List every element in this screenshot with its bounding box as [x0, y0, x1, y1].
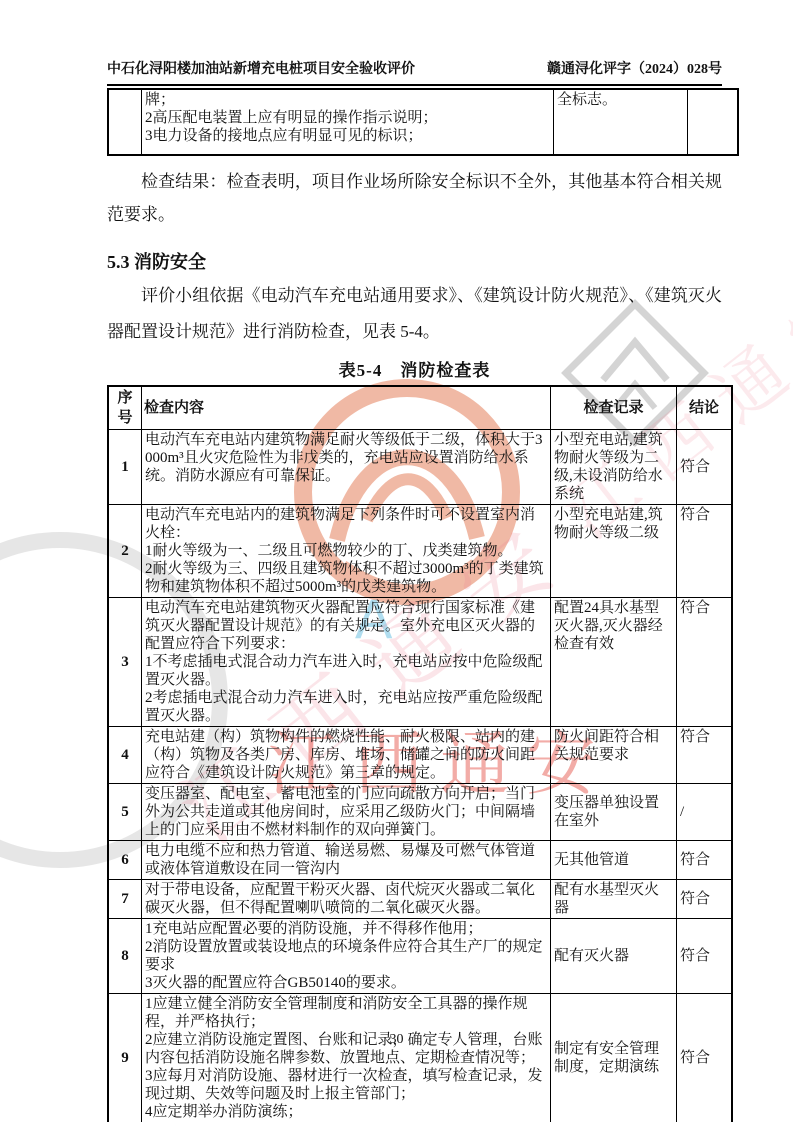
section-intro-paragraph: 评价小组依据《电动汽车充电站通用要求》、《建筑设计防火规范》、《建筑灭火器配置设…: [107, 278, 722, 350]
cell-record: 配有灭火器: [551, 919, 677, 994]
content-line: 1不考虑插电式混合动力汽车进入时，充电站应按中危险级配置灭火器。: [145, 653, 547, 689]
content-line: 2耐火等级为三、四级且建筑物体积不超过3000m³的丁类建筑物和建筑物体积不超过…: [145, 560, 547, 596]
cell-content: 电动汽车充电站内建筑物满足耐火等级低于二级，体积大于3000m³且火灾危险性为非…: [142, 430, 551, 505]
cell-conclusion: /: [677, 784, 733, 841]
table-row: 2 电动汽车充电站内的建筑物满足下列条件时可不设置室内消火栓：1耐火等级为一、二…: [108, 505, 732, 598]
content-line: 对于带电设备，应配置干粉灭火器、卤代烷灭火器或二氧化碳灭火器，但不得配置喇叭喷筒…: [145, 881, 547, 917]
cell-conclusion: 符合: [677, 727, 733, 784]
fire-check-table: 序号 检查内容 检查记录 结论 1 电动汽车充电站内建筑物满足耐火等级低于二级，…: [107, 385, 733, 1122]
carryover-table: 牌； 2高压配电装置上应有明显的操作指示说明； 3电力设备的接地点应有明显可见的…: [107, 88, 739, 156]
cell-record: 小型充电站建,筑物耐火等级二级: [551, 505, 677, 598]
cell-conclusion: 符合: [677, 880, 733, 919]
cell-content: 电动汽车充电站建筑物灭火器配置应符合现行国家标准《建筑灭火器配置设计规范》的有关…: [142, 598, 551, 727]
content-line: 牌；: [145, 91, 550, 109]
carryover-table-body: 牌； 2高压配电装置上应有明显的操作指示说明； 3电力设备的接地点应有明显可见的…: [108, 89, 738, 155]
cell-content: 牌； 2高压配电装置上应有明显的操作指示说明； 3电力设备的接地点应有明显可见的…: [142, 89, 554, 155]
table-header-row: 序号 检查内容 检查记录 结论: [108, 386, 732, 430]
cell-conclusion: 符合: [677, 994, 733, 1122]
cell-record: 防火间距符合相关规范要求: [551, 727, 677, 784]
cell-conclusion: 符合: [677, 919, 733, 994]
cell-conclusion: 符合: [677, 598, 733, 727]
column-header-record: 检查记录: [551, 386, 677, 430]
cell-conclusion: 符合: [677, 841, 733, 880]
content-line: 1耐火等级为一、二级且可燃物较少的丁、戊类建筑物。: [145, 542, 547, 560]
cell-record: 配有水基型灭火器: [551, 880, 677, 919]
cell-seq: 8: [108, 919, 142, 994]
content-line: 变压器室、配电室、蓄电池室的门应向疏散方向开启；当门外为公共走道或其他房间时，应…: [145, 785, 547, 839]
cell-record: 全标志。: [554, 89, 688, 155]
cell-record: 无其他管道: [551, 841, 677, 880]
cell-record: 配置24具水基型灭火器,灭火器经检查有效: [551, 598, 677, 727]
inspection-result-paragraph: 检查结果：检查表明，项目作业场所除安全标识不全外，其他基本符合相关规范要求。: [107, 165, 722, 231]
content-line: 4应定期举办消防演练；: [145, 1103, 547, 1121]
header-report-title: 中石化浔阳楼加油站新增充电桩项目安全验收评价: [107, 58, 415, 78]
section-heading: 5.3 消防安全: [107, 248, 722, 274]
content-line: 3灭火器的配置应符合GB50140的要求。: [145, 974, 547, 992]
cell-conclusion: 符合: [677, 505, 733, 598]
content-line: 1充电站应配置必要的消防设施，并不得移作他用；: [145, 920, 547, 938]
cell-seq: 4: [108, 727, 142, 784]
cell-content: 电力电缆不应和热力管道、输送易燃、易爆及可燃气体管道或液体管道敷设在同一管沟内: [142, 841, 551, 880]
table-row: 5 变压器室、配电室、蓄电池室的门应向疏散方向开启；当门外为公共走道或其他房间时…: [108, 784, 732, 841]
fire-check-table-head: 序号 检查内容 检查记录 结论: [108, 386, 732, 430]
content-line: 3电力设备的接地点应有明显可见的标识；: [145, 127, 550, 145]
table-row: 牌； 2高压配电装置上应有明显的操作指示说明； 3电力设备的接地点应有明显可见的…: [108, 89, 738, 155]
column-header-seq: 序号: [108, 386, 142, 430]
content-line: 2高压配电装置上应有明显的操作指示说明；: [145, 109, 550, 127]
column-header-content: 检查内容: [142, 386, 551, 430]
fire-check-table-body: 1 电动汽车充电站内建筑物满足耐火等级低于二级，体积大于3000m³且火灾危险性…: [108, 430, 732, 1122]
header-doc-number: 赣通浔化评字（2024）028号: [547, 58, 722, 78]
content-line: 1应建立健全消防安全管理制度和消防安全工具器的操作规程，并严格执行；: [145, 995, 547, 1031]
cell-content: 1应建立健全消防安全管理制度和消防安全工具器的操作规程，并严格执行；2应建立消防…: [142, 994, 551, 1122]
cell-record: 变压器单独设置在室外: [551, 784, 677, 841]
content-line: 电动汽车充电站内的建筑物满足下列条件时可不设置室内消火栓：: [145, 506, 547, 542]
cell-content: 1充电站应配置必要的消防设施，并不得移作他用；2消防设置放置或装设地点的环境条件…: [142, 919, 551, 994]
cell-conclusion: [688, 89, 739, 155]
cell-seq: 9: [108, 994, 142, 1122]
cell-seq: 7: [108, 880, 142, 919]
cell-seq: 5: [108, 784, 142, 841]
table-title: 表5-4 消防检查表: [107, 356, 722, 381]
cell-content: 电动汽车充电站内的建筑物满足下列条件时可不设置室内消火栓：1耐火等级为一、二级且…: [142, 505, 551, 598]
content-line: 电动汽车充电站建筑物灭火器配置应符合现行国家标准《建筑灭火器配置设计规范》的有关…: [145, 599, 547, 653]
content-line: 电力电缆不应和热力管道、输送易燃、易爆及可燃气体管道或液体管道敷设在同一管沟内: [145, 842, 547, 878]
content-line: 2消防设置放置或装设地点的环境条件应符合其生产厂的规定要求: [145, 938, 547, 974]
cell-record: 小型充电站,建筑物耐火等级为二级,未设消防给水系统: [551, 430, 677, 505]
cell-conclusion: 符合: [677, 430, 733, 505]
table-row: 8 1充电站应配置必要的消防设施，并不得移作他用；2消防设置放置或装设地点的环境…: [108, 919, 732, 994]
page-content: 中石化浔阳楼加油站新增充电桩项目安全验收评价 赣通浔化评字（2024）028号 …: [0, 0, 793, 1122]
cell-seq: 1: [108, 430, 142, 505]
cell-content: 充电站建（构）筑物构件的燃烧性能、耐火极限、站内的建（构）筑物及各类厂房、库房、…: [142, 727, 551, 784]
table-row: 3 电动汽车充电站建筑物灭火器配置应符合现行国家标准《建筑灭火器配置设计规范》的…: [108, 598, 732, 727]
document-page: A 江西通安 江西通安 江西通安 中石化浔阳楼加油站新增充电桩项目安全验收评价 …: [0, 0, 793, 1122]
cell-record: 制定有安全管理制度，定期演练: [551, 994, 677, 1122]
column-header-conclusion: 结论: [677, 386, 733, 430]
cell-seq: 2: [108, 505, 142, 598]
table-row: 1 电动汽车充电站内建筑物满足耐火等级低于二级，体积大于3000m³且火灾危险性…: [108, 430, 732, 505]
cell-seq: 6: [108, 841, 142, 880]
table-row: 6 电力电缆不应和热力管道、输送易燃、易爆及可燃气体管道或液体管道敷设在同一管沟…: [108, 841, 732, 880]
cell-seq: [108, 89, 142, 155]
cell-seq: 3: [108, 598, 142, 727]
table-row: 7 对于带电设备，应配置干粉灭火器、卤代烷灭火器或二氧化碳灭火器，但不得配置喇叭…: [108, 880, 732, 919]
page-number: 30: [0, 1032, 793, 1048]
content-line: 充电站建（构）筑物构件的燃烧性能、耐火极限、站内的建（构）筑物及各类厂房、库房、…: [145, 728, 547, 782]
table-row: 9 1应建立健全消防安全管理制度和消防安全工具器的操作规程，并严格执行；2应建立…: [108, 994, 732, 1122]
cell-content: 对于带电设备，应配置干粉灭火器、卤代烷灭火器或二氧化碳灭火器，但不得配置喇叭喷筒…: [142, 880, 551, 919]
content-line: 2考虑插电式混合动力汽车进入时，充电站应按严重危险级配置灭火器。: [145, 689, 547, 725]
content-line: 电动汽车充电站内建筑物满足耐火等级低于二级，体积大于3000m³且火灾危险性为非…: [145, 431, 547, 485]
page-header: 中石化浔阳楼加油站新增充电桩项目安全验收评价 赣通浔化评字（2024）028号: [107, 58, 722, 86]
cell-content: 变压器室、配电室、蓄电池室的门应向疏散方向开启；当门外为公共走道或其他房间时，应…: [142, 784, 551, 841]
table-row: 4 充电站建（构）筑物构件的燃烧性能、耐火极限、站内的建（构）筑物及各类厂房、库…: [108, 727, 732, 784]
content-line: 3应每月对消防设施、器材进行一次检查，填写检查记录，发现过期、失效等问题及时上报…: [145, 1067, 547, 1103]
